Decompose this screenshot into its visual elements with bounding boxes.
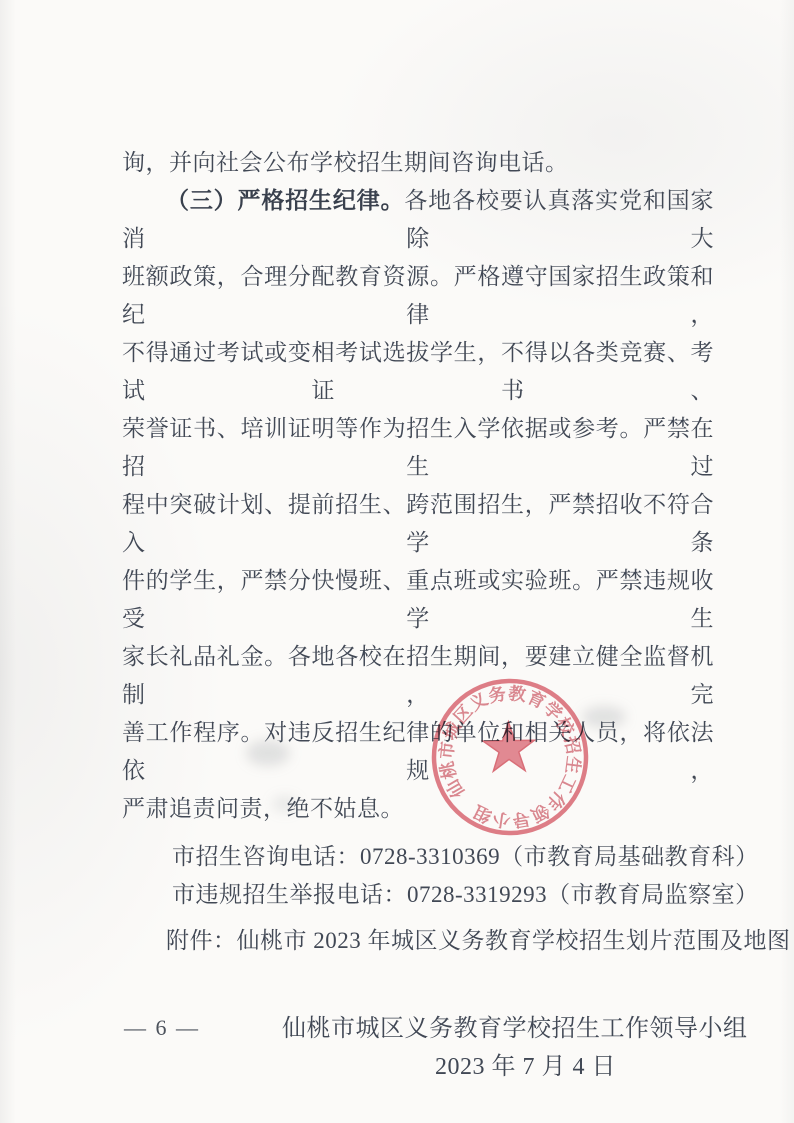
page-number: — 6 — (124, 1015, 200, 1041)
body-line: 家长礼品礼金。各地各校在招生期间，要建立健全监督机制，完 (122, 638, 714, 714)
star-icon (483, 722, 535, 772)
contact-phones: 市招生咨询电话：0728-3310369（市教育局基础教育科） 市违规招生举报电… (122, 838, 714, 914)
body-line: 程中突破计划、提前招生、跨范围招生，严禁招收不符合入学条 (122, 486, 714, 562)
body-line-last: 严肃追责问责，绝不姑息。 (122, 790, 714, 828)
body-line: 荣誉证书、培训证明等作为招生入学依据或参考。严禁在招生过 (122, 410, 714, 486)
issue-date: 2023 年 7 月 4 日 (122, 1048, 714, 1086)
body-line: 件的学生，严禁分快慢班、重点班或实验班。严禁违规收受学生 (122, 562, 714, 638)
section3-first-line: （三）严格招生纪律。各地各校要认真落实党和国家消除大 (122, 182, 714, 258)
scanned-document-page: 询，并向社会公布学校招生期间咨询电话。 （三）严格招生纪律。各地各校要认真落实党… (0, 0, 794, 1123)
paragraph-continuation-line: 询，并向社会公布学校招生期间咨询电话。 (122, 144, 714, 182)
official-seal-stamp: 仙桃市城区义务教育学校招生工作领导小组 (424, 671, 597, 844)
body-line: 班额政策，合理分配教育资源。严格遵守国家招生政策和纪律， (122, 258, 714, 334)
enrollment-inquiry-phone-line: 市招生咨询电话：0728-3310369（市教育局基础教育科） (122, 838, 714, 876)
document-body: 询，并向社会公布学校招生期间咨询电话。 （三）严格招生纪律。各地各校要认真落实党… (122, 144, 714, 1086)
attachment-reference-line: 附件：仙桃市 2023 年城区义务教育学校招生划片范围及地图 (122, 922, 714, 960)
violation-report-phone-line: 市违规招生举报电话：0728-3319293（市教育局监察室） (122, 876, 714, 914)
body-line: 不得通过考试或变相考试选拔学生，不得以各类竞赛、考试证书、 (122, 334, 714, 410)
scan-smudge (246, 740, 290, 766)
issuing-authority-signature: 仙桃市城区义务教育学校招生工作领导小组 (122, 1010, 714, 1048)
scan-smudge (272, 796, 298, 812)
section3-heading: （三）严格招生纪律。 (166, 188, 404, 213)
body-line: 善工作程序。对违反招生纪律的单位和相关人员，将依法依规， (122, 714, 714, 790)
